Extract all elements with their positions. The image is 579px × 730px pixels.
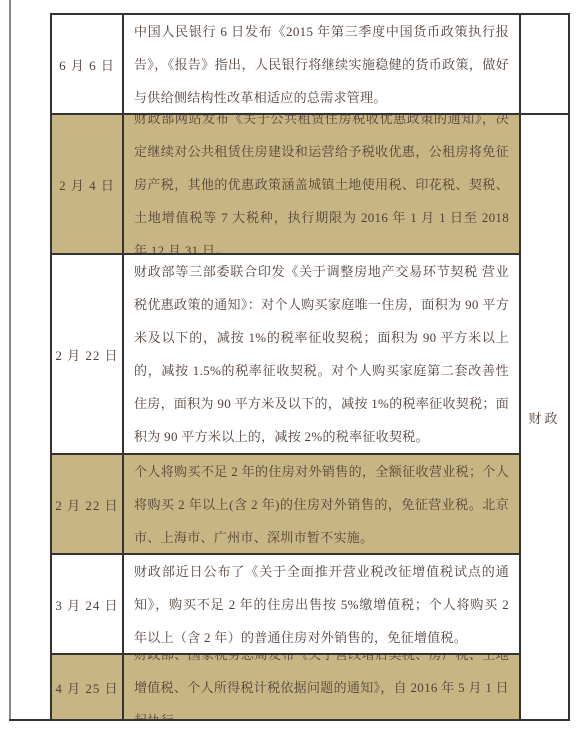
policy-table: 6 月 6 日 中国人民银行 6 日发布《2015 年第三季度中国货币政策执行报… (50, 13, 570, 721)
table-bottom-rule-extension (9, 719, 52, 721)
date-cell: 2 月 22 日 (52, 455, 124, 555)
date-cell: 3 月 24 日 (52, 555, 124, 655)
content-cell: 财政部、国家税务总局发布《关于营改增后契税、房产税、土地增值税、个人所得税计税依… (124, 655, 521, 719)
policy-text: 个人将购买不足 2 年的住房对外销售的，全额征收营业税；个人将购买 2 年以上(… (124, 455, 519, 554)
content-cell: 财政部等三部委联合印发《关于调整房地产交易环节契税 营业税优惠政策的通知》：对个… (124, 255, 521, 455)
category-label: 财政 (528, 408, 560, 427)
policy-text: 财政部近日公布了《关于全面推开营业税改征增值税试点的通知》，购买不足 2 年的住… (124, 555, 519, 654)
date-cell: 2 月 22 日 (52, 255, 124, 455)
content-cell: 财政部近日公布了《关于全面推开营业税改征增值税试点的通知》，购买不足 2 年的住… (124, 555, 521, 655)
policy-text: 财政部、国家税务总局发布《关于营改增后契税、房产税、土地增值税、个人所得税计税依… (124, 655, 519, 719)
policy-text: 财政部网站发布《关于公共租赁住房税收优惠政策的通知》，决定继续对公共租赁住房建设… (124, 115, 519, 255)
policy-text: 财政部等三部委联合印发《关于调整房地产交易环节契税 营业税优惠政策的通知》：对个… (124, 255, 519, 453)
outer-left-rule (9, 0, 11, 721)
date-cell: 4 月 25 日 (52, 655, 124, 719)
date-cell: 6 月 6 日 (52, 15, 124, 115)
category-cell-fiscal: 财政 (521, 115, 568, 719)
policy-text: 中国人民银行 6 日发布《2015 年第三季度中国货币政策执行报告》，《报告》指… (124, 15, 519, 114)
date-cell: 2 月 4 日 (52, 115, 124, 255)
category-cell-empty (521, 15, 568, 115)
content-cell: 个人将购买不足 2 年的住房对外销售的，全额征收营业税；个人将购买 2 年以上(… (124, 455, 521, 555)
content-cell: 中国人民银行 6 日发布《2015 年第三季度中国货币政策执行报告》，《报告》指… (124, 15, 521, 115)
content-cell: 财政部网站发布《关于公共租赁住房税收优惠政策的通知》，决定继续对公共租赁住房建设… (124, 115, 521, 255)
